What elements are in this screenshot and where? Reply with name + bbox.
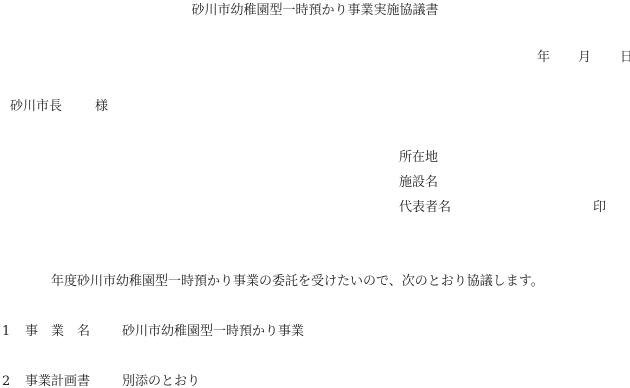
sender-representative-label: 代表者名 — [399, 201, 451, 214]
addressee-honorific: 様 — [95, 100, 108, 113]
item-label-char: 名 — [77, 325, 90, 338]
sender-facility-label: 施設名 — [399, 176, 438, 189]
document-title: 砂川市幼稚園型一時預かり事業実施協議書 — [0, 4, 630, 17]
item-number: 2 — [2, 375, 10, 388]
item-value: 別添のとおり — [122, 375, 200, 388]
item-number: 1 — [2, 325, 10, 338]
sender-address-label: 所在地 — [399, 151, 438, 164]
date-month-label: 月 — [578, 51, 591, 64]
item-label-char: 事 — [25, 325, 38, 338]
item-label: 事業名 — [25, 325, 90, 338]
date-day-label: 日 — [620, 51, 630, 64]
date-year-label: 年 — [537, 51, 550, 64]
item-value: 砂川市幼稚園型一時預かり事業 — [122, 325, 304, 338]
item-label-char: 業 — [51, 325, 64, 338]
addressee-name: 砂川市長 — [10, 100, 62, 113]
body-paragraph: 年度砂川市幼稚園型一時預かり事業の委託を受けたいので、次のとおり協議します。 — [51, 275, 544, 288]
item-label: 事業計画書 — [25, 375, 90, 388]
seal-mark: 印 — [593, 201, 606, 214]
